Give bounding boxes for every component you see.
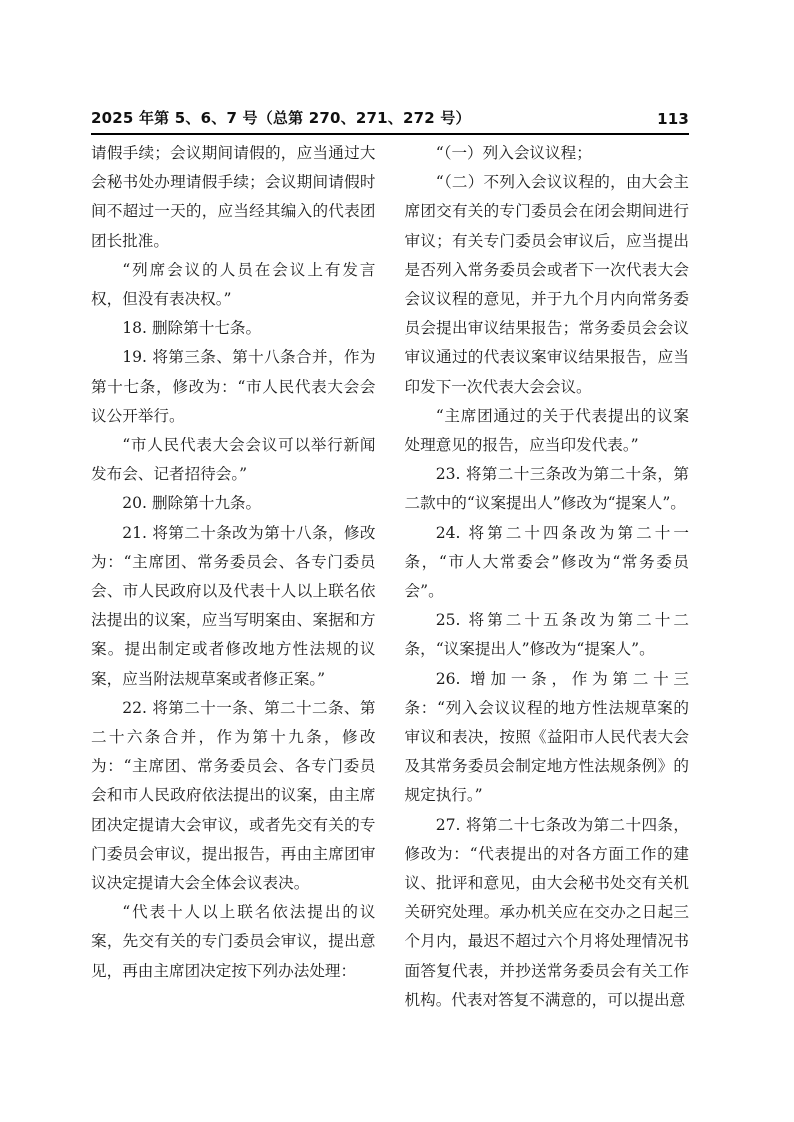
paragraph: 请假手续；会议期间请假的，应当通过大会秘书处办理请假手续；会议期间请假时间不超过… [91,139,376,256]
paragraph: “代表十人以上联名依法提出的议案，先交有关的专门委员会审议，提出意见，再由主席团… [91,898,376,986]
paragraph: 25. 将第二十五条改为第二十二条，“议案提出人”修改为“提案人”。 [405,606,690,664]
paragraph: “列席会议的人员在会议上有发言权，但没有表决权。” [91,256,376,314]
page-number: 113 [657,110,689,128]
right-column: “（一）列入会议议程；“（二）不列入会议议程的，由大会主席团交有关的专门委员会在… [405,139,690,1015]
paragraph: “（二）不列入会议议程的，由大会主席团交有关的专门委员会在闭会期间进行审议；有关… [405,168,690,402]
issue-label: 2025 年第 5、6、7 号（总第 270、271、272 号） [91,107,471,128]
paragraph: “主席团通过的关于代表提出的议案处理意见的报告，应当印发代表。” [405,402,690,460]
paragraph: 20. 删除第十九条。 [91,489,376,518]
left-column: 请假手续；会议期间请假的，应当通过大会秘书处办理请假手续；会议期间请假时间不超过… [91,139,376,1015]
paragraph: 18. 删除第十七条。 [91,314,376,343]
paragraph: 21. 将第二十条改为第十八条，修改为：“主席团、常务委员会、各专门委员会、市人… [91,519,376,694]
gazette-page: 2025 年第 5、6、7 号（总第 270、271、272 号） 113 请假… [0,0,794,1122]
paragraph: “市人民代表大会会议可以举行新闻发布会、记者招待会。” [91,431,376,489]
paragraph: 22. 将第二十一条、第二十二条、第二十六条合并，作为第十九条，修改为：“主席团… [91,694,376,898]
two-column-body: 请假手续；会议期间请假的，应当通过大会秘书处办理请假手续；会议期间请假时间不超过… [91,139,689,1015]
paragraph: 19. 将第三条、第十八条合并，作为第十七条，修改为：“市人民代表大会会议公开举… [91,343,376,431]
paragraph: 23. 将第二十三条改为第二十条，第二款中的“议案提出人”修改为“提案人”。 [405,460,690,518]
paragraph: 24. 将第二十四条改为第二十一条，“市人大常委会”修改为“常务委员会”。 [405,519,690,607]
paragraph: 26. 增加一条，作为第二十三条：“列入会议议程的地方性法规草案的审议和表决，按… [405,665,690,811]
paragraph: “（一）列入会议议程； [405,139,690,168]
paragraph: 27. 将第二十七条改为第二十四条，修改为：“代表提出的对各方面工作的建议、批评… [405,811,690,1015]
page-header: 2025 年第 5、6、7 号（总第 270、271、272 号） 113 [91,107,689,135]
